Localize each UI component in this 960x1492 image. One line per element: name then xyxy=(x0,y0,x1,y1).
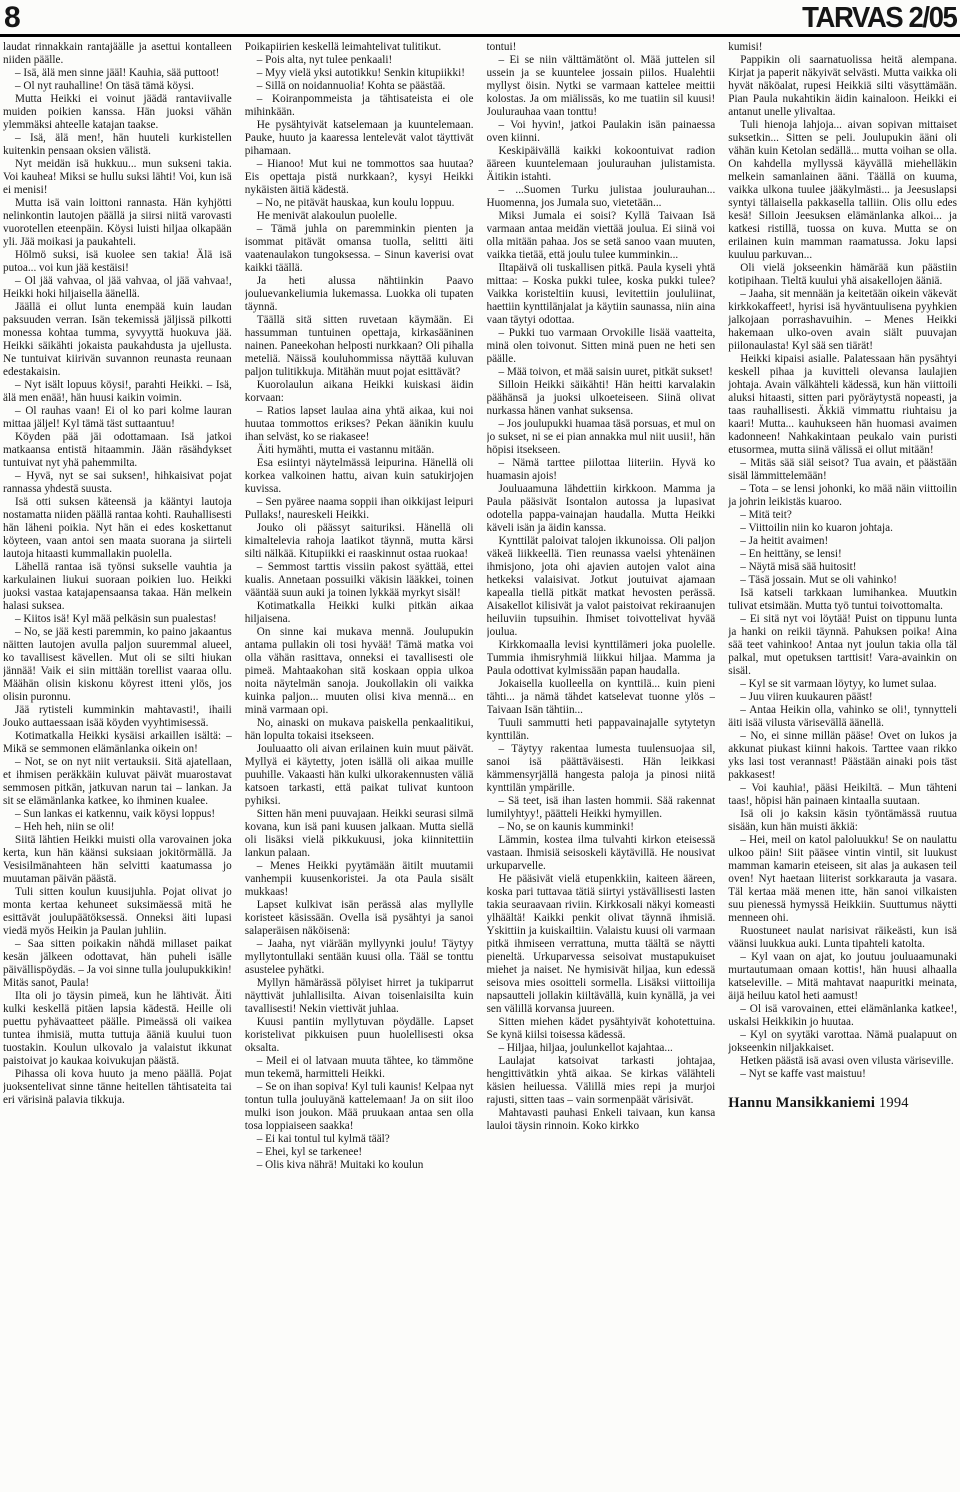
paragraph: Mahtavasti pauhasi Enkeli taivaan, kun k… xyxy=(487,1107,716,1133)
paragraph: Jää rytisteli kumminkin mahtavasti!, iha… xyxy=(3,704,232,730)
text-column-3: tontui!– Ei se niin välttämätönt ol. Mää… xyxy=(487,41,716,1133)
paragraph: – No, se jää kesti paremmin, ko paino ja… xyxy=(3,626,232,704)
paragraph: Jouluaamuna lähdettiin kirkkoon. Mamma j… xyxy=(487,483,716,535)
paragraph: – Kyl vaan on ajat, ko joutuu jouluaamun… xyxy=(728,951,957,1003)
issue-title: TARVAS 2/05 xyxy=(802,3,956,33)
paragraph: Jouko oli päässyt saituriksi. Hänellä ol… xyxy=(245,522,474,561)
paragraph: Tuuli sammutti heti pappavainajalle syty… xyxy=(487,717,716,743)
paragraph: – Nämä tarttee piilottaa liiteriin. Hyvä… xyxy=(487,457,716,483)
paragraph: – Semmost tarttis vissiin pakost syättää… xyxy=(245,561,474,600)
newspaper-page: 8 TARVAS 2/05 laudat rinnakkain rantajää… xyxy=(0,0,960,1492)
paragraph: On sinne kai mukava mennä. Joulupukin an… xyxy=(245,626,474,717)
paragraph: – Hianoo! Mut kui ne tommottos saa huuta… xyxy=(245,158,474,197)
paragraph: Hölmö suksi, isä kuolee sen takia! Älä i… xyxy=(3,249,232,275)
paragraph: – Voi hyvin!, jatkoi Paulakin isän paina… xyxy=(487,119,716,145)
paragraph: Kynttilät paloivat talojen ikkunoissa. O… xyxy=(487,535,716,639)
column-2: Poikapiirien keskellä leimahtelivat tuli… xyxy=(245,41,474,1490)
paragraph: Nyt meidän isä hukkuu... mun sukseni tak… xyxy=(3,158,232,197)
paragraph: – Juu viiren kuukauren pääst! xyxy=(728,691,957,704)
paragraph: – Menes Heikki pyytämään äitilt muutamii… xyxy=(245,860,474,899)
paragraph: Ruostuneet naulat narisivat räikeästi, k… xyxy=(728,925,957,951)
paragraph: Kirkkomaalla levisi kynttilämeri joka pu… xyxy=(487,639,716,678)
paragraph: – Heh heh, niin se oli! xyxy=(3,821,232,834)
masthead: 8 TARVAS 2/05 xyxy=(4,0,956,33)
text-column-1: laudat rinnakkain rantajäälle ja asettui… xyxy=(3,41,232,1107)
paragraph: Pappikin oli saarnatuolissa heitä alempa… xyxy=(728,54,957,119)
paragraph: – Jos joulupukki huamaa täsä porsuas, et… xyxy=(487,418,716,457)
paragraph: – Hei, meil on katol paloluukku! Se on n… xyxy=(728,834,957,925)
paragraph: Ilta oli jo täysin pimeä, kun he lähtivä… xyxy=(3,990,232,1068)
paragraph: – Saa sitten poikakin nähdä millaset pai… xyxy=(3,938,232,990)
paragraph: No, ainaski on mukava paiskella penkaali… xyxy=(245,717,474,743)
paragraph: – Ol isä varovainen, ettei elämänlanka k… xyxy=(728,1003,957,1029)
paragraph: – Kyl on syytäki varottaa. Nämä pualapuu… xyxy=(728,1029,957,1055)
paragraph: Keskipäivällä kaikki kokoontuivat radion… xyxy=(487,145,716,184)
paragraph: – Ol nyt rauhalline! On täsä tämä köysi. xyxy=(3,80,232,93)
paragraph: Mutta isä vain loittoni rannasta. Hän ky… xyxy=(3,197,232,249)
paragraph: – Jaaha, nyt viärään myllyynki joulu! Tä… xyxy=(245,938,474,977)
paragraph: Silloin Heikki säikähti! Hän heitti karv… xyxy=(487,379,716,418)
paragraph: Hetken päästä isä avasi oven vilusta vär… xyxy=(728,1055,957,1068)
paragraph: Sitten miehen kädet pysähtyivät kohotett… xyxy=(487,1016,716,1042)
author-year: 1994 xyxy=(879,1095,909,1111)
paragraph: He pääsivät vielä etupenkkiin, kaiteen ä… xyxy=(487,873,716,1016)
paragraph: Jäällä ei ollut lunta enempää kuin lauda… xyxy=(3,301,232,379)
paragraph: Kuorolaulun aikana Heikki kuiskasi äidin… xyxy=(245,379,474,405)
paragraph: – Tämä juhla on paremminkin pienten ja i… xyxy=(245,223,474,275)
paragraph: Poikapiirien keskellä leimahtelivat tuli… xyxy=(245,41,474,54)
paragraph: – No, ne pitävät hauskaa, kun koulu lopp… xyxy=(245,197,474,210)
paragraph: He pysähtyivät katselemaan ja kuuntelema… xyxy=(245,119,474,158)
paragraph: – Koiranpommeista ja tähtisateista ei ol… xyxy=(245,93,474,119)
paragraph: Isä otti suksen käteensä ja kääntyi laut… xyxy=(3,496,232,561)
paragraph: kumisi! xyxy=(728,41,957,54)
paragraph: Sitten hän meni puuvajaan. Heikki seuras… xyxy=(245,808,474,860)
paragraph: – Ei kai tontul tul kylmä tääl? xyxy=(245,1133,474,1146)
author-signature: Hannu Mansikkaniemi 1994 xyxy=(728,1097,957,1110)
paragraph: Miksi Jumala ei soisi? Kyllä Taivaan Isä… xyxy=(487,210,716,262)
paragraph: – Isä, älä men!, hän huuteli kurkistelle… xyxy=(3,132,232,158)
paragraph: – Mää toivon, et mää saisin uuret, pitkä… xyxy=(487,366,716,379)
paragraph: Lähellä rantaa isä työnsi sukselle vauht… xyxy=(3,561,232,613)
paragraph: – Viittoilin niin ko kuaron johtaja. xyxy=(728,522,957,535)
paragraph: Täällä sitä sitten ruvetaan käymään. Ei … xyxy=(245,314,474,379)
paragraph: – Ol jää vahvaa, ol jää vahvaa, ol jää v… xyxy=(3,275,232,301)
paragraph: – Antaa Heikin olla, vahinko se oli!, ty… xyxy=(728,704,957,730)
paragraph: Jouluaatto oli aivan erilainen kuin muut… xyxy=(245,743,474,808)
paragraph: – Ratios lapset laulaa aina yhtä aikaa, … xyxy=(245,405,474,444)
paragraph: laudat rinnakkain rantajäälle ja asettui… xyxy=(3,41,232,67)
paragraph: – Nyt se kaffe vast maistuu! xyxy=(728,1068,957,1081)
paragraph: – Sen pyäree naama soppii ihan oikkijast… xyxy=(245,496,474,522)
paragraph: Äiti hymähti, mutta ei vastannu mitään. xyxy=(245,444,474,457)
paragraph: Tuli sitten koulun kuusijuhla. Pojat oli… xyxy=(3,886,232,938)
paragraph: Tuli hienoja lahjoja... aivan sopivan mi… xyxy=(728,119,957,262)
paragraph: Ja heti alussa nähtiinkin Paavo joulueva… xyxy=(245,275,474,314)
paragraph: – Sä teet, isä ihan lasten hommii. Sää r… xyxy=(487,795,716,821)
paragraph: – Isä, älä men sinne jääl! Kauhia, sää p… xyxy=(3,67,232,80)
paragraph: – Täytyy rakentaa lumesta tuulensuojaa s… xyxy=(487,743,716,795)
paragraph: Lapset kulkivat isän perässä alas myllyl… xyxy=(245,899,474,938)
paragraph: Kotimatkalla Heikki kulki pitkän aikaa h… xyxy=(245,600,474,626)
paragraph: – Näytä misä sää huitosit! xyxy=(728,561,957,574)
article-body: laudat rinnakkain rantajäälle ja asettui… xyxy=(3,41,957,1490)
paragraph: Iltapäivä oli tuskallisen pitkä. Paula k… xyxy=(487,262,716,327)
paragraph: – Myy vielä yksi autotikku! Senkin kitup… xyxy=(245,67,474,80)
paragraph: Oli vielä jokseenkin hämärää kun päästii… xyxy=(728,262,957,288)
paragraph: Mutta Heikki ei voinut jäädä rantaviival… xyxy=(3,93,232,132)
paragraph: – ...Suomen Turku julistaa joulurauhan..… xyxy=(487,184,716,210)
paragraph: tontui! xyxy=(487,41,716,54)
paragraph: – Ei se niin välttämätönt ol. Mää juttel… xyxy=(487,54,716,119)
paragraph: Heikki kipaisi asialle. Palatessaan hän … xyxy=(728,353,957,457)
paragraph: – Ei sitä nyt voi löytää! Puist on tippu… xyxy=(728,613,957,678)
paragraph: – Täsä jossain. Mut se oli vahinko! xyxy=(728,574,957,587)
paragraph: – Se on ihan sopiva! Kyl tuli kaunis! Ke… xyxy=(245,1081,474,1133)
paragraph: He menivät alakoulun puolelle. xyxy=(245,210,474,223)
paragraph: – Kiitos isä! Kyl mää pelkäsin sun puale… xyxy=(3,613,232,626)
paragraph: Isä oli jo kaksin käsin työntämässä ruut… xyxy=(728,808,957,834)
paragraph: – Mitä teit? xyxy=(728,509,957,522)
paragraph: – No, se on kaunis kumminki! xyxy=(487,821,716,834)
paragraph: – No, ei sinne millän pääse! Ovet on luk… xyxy=(728,730,957,782)
paragraph: – Kyl se sit varmaan löytyy, ko lumet su… xyxy=(728,678,957,691)
paragraph: – Hiljaa, hiljaa, joulunkellot kajahtaa.… xyxy=(487,1042,716,1055)
paragraph: – Ja heitit avaimen! xyxy=(728,535,957,548)
page-number: 8 xyxy=(4,3,20,33)
column-3: tontui!– Ei se niin välttämätönt ol. Mää… xyxy=(487,41,716,1490)
paragraph: Esa esiintyi näytelmässä leipurina. Häne… xyxy=(245,457,474,496)
paragraph: Isä katseli tarkkaan lumihankea. Muutkin… xyxy=(728,587,957,613)
paragraph: Köyden pää jäi odottamaan. Isä jatkoi ma… xyxy=(3,431,232,470)
paragraph: – Jaaha, sit mennään ja keitetään oikein… xyxy=(728,288,957,353)
paragraph: Jokaisella kuolleella on kynttilä... kui… xyxy=(487,678,716,717)
text-column-2: Poikapiirien keskellä leimahtelivat tuli… xyxy=(245,41,474,1172)
paragraph: – Ehei, kyl se tarkenee! xyxy=(245,1146,474,1159)
paragraph: – Pois alta, nyt tulee penkaali! xyxy=(245,54,474,67)
column-1: laudat rinnakkain rantajäälle ja asettui… xyxy=(3,41,232,1490)
paragraph: Siitä lähtien Heikki muisti olla varovai… xyxy=(3,834,232,886)
paragraph: – En heittäny, se lensi! xyxy=(728,548,957,561)
column-4: kumisi!Pappikin oli saarnatuolissa heitä… xyxy=(728,41,957,1490)
paragraph: – Sillä on noidannuolia! Kohta se päästä… xyxy=(245,80,474,93)
paragraph: Laulajat katsoivat tarkasti johtajaa, he… xyxy=(487,1055,716,1107)
header-rule xyxy=(0,34,960,37)
author-name: Hannu Mansikkaniemi xyxy=(728,1095,875,1111)
paragraph: Pihassa oli kova huuto ja meno päällä. P… xyxy=(3,1068,232,1107)
paragraph: – Tota – se lensi johonki, ko mää näin v… xyxy=(728,483,957,509)
paragraph: Kuusi pantiin myllytuvan pöydälle. Lapse… xyxy=(245,1016,474,1055)
paragraph: – Nyt isält lopuus köysi!, parahti Heikk… xyxy=(3,379,232,405)
paragraph: – Pukki tuo varmaan Orvokille lisää vaat… xyxy=(487,327,716,366)
paragraph: – Hyvä, nyt se sai suksen!, hihkaisivat … xyxy=(3,470,232,496)
paragraph: – Mitäs sää siäl seisot? Tua avain, et p… xyxy=(728,457,957,483)
paragraph: Myllyn hämärässä pölyiset hirret ja tuki… xyxy=(245,977,474,1016)
paragraph: Kotimatkalla Heikki kysäisi arkaillen is… xyxy=(3,730,232,756)
paragraph: – Ol rauhas vaan! Ei ol ko pari kolme la… xyxy=(3,405,232,431)
paragraph: – Sun lankas ei katkennu, vaik köysi lop… xyxy=(3,808,232,821)
paragraph: – Olis kiva nährä! Muitaki ko koulun xyxy=(245,1159,474,1172)
text-column-4: kumisi!Pappikin oli saarnatuolissa heitä… xyxy=(728,41,957,1081)
paragraph: – Voi kauhia!, pääsi Heikiltä. – Mun täh… xyxy=(728,782,957,808)
paragraph: – Not, se on nyt niit vertauksii. Sitä a… xyxy=(3,756,232,808)
paragraph: Lämmin, kostea ilma tulvahti kirkon etei… xyxy=(487,834,716,873)
paragraph: – Meil ei ol latvaan muuta tähtee, ko tä… xyxy=(245,1055,474,1081)
